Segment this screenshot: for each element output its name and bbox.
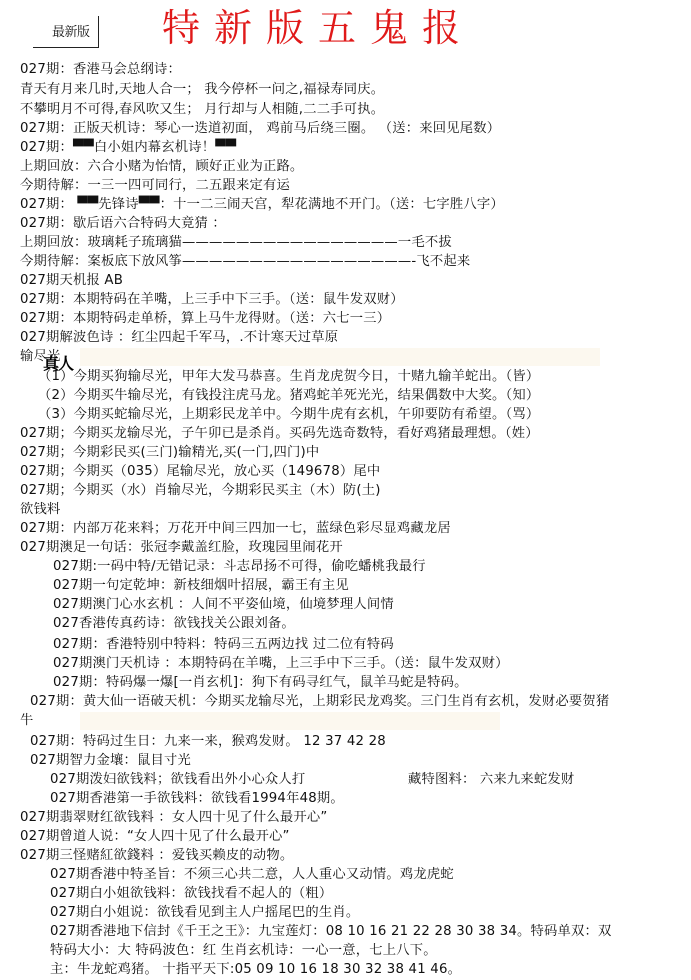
text-line: 青天有月来几时,天地人合一； 我今停杯一问之,福禄寿同庆。 xyxy=(20,81,384,99)
edition-badge: 最新版 xyxy=(52,21,90,40)
text-line: 027期一句定乾坤：新枝细烟叶招展，霸王有主见 xyxy=(53,577,349,595)
text-line: 027香港传真药诗：欲钱找关公跟刘备。 xyxy=(53,615,295,633)
text-line: 027期解波色诗 ：红尘四起千军马，.不计寒天过草原 xyxy=(20,329,338,347)
text-line: 027期： ▀▀先锋诗▀▀：十一二三闹天宫，犁花满地不开门。（送：七字胜八字） xyxy=(20,196,504,214)
overlay-stamp-text: 真人 xyxy=(43,351,73,374)
text-line: 027期:一码中特/无错记录：斗志昂扬不可得，偷吃蟠桃我最行 xyxy=(53,558,426,576)
text-line: 欲钱料 xyxy=(20,501,61,519)
text-line: 027期澳足一句话：张冠李戴盖红脸，玫瑰园里闹花开 xyxy=(20,539,343,557)
text-line: 027期白小姐欲钱料：欲钱找看不起人的（粗） xyxy=(50,885,332,903)
text-line: 027期：香港马会总纲诗： xyxy=(20,61,181,79)
text-line: 主：牛龙蛇鸡猪。 十指平天下:05 09 10 16 18 30 32 38 4… xyxy=(50,961,461,979)
text-line: 藏特图料： 六来九来蛇发财 xyxy=(408,771,574,789)
text-line: （1）今期买狗输尽光，甲年大发马恭喜。生肖龙虎贺今日，十赌九输羊蛇出。（皆） xyxy=(38,368,539,386)
text-line: 027期：特码爆一爆[一肖玄机]：狗下有码寻红气，鼠羊马蛇是特码。 xyxy=(53,674,468,692)
text-line: 牛 xyxy=(20,712,34,730)
text-line: 上期回放：六合小赌为怡情，顾好正业为正路。 xyxy=(20,158,303,176)
text-line: 027期：歇后语六合特码大竟猜 ： xyxy=(20,215,226,233)
text-line: 027期；今期买（035）尾输尽光，放心买（149678）尾中 xyxy=(20,463,380,481)
text-line: 027期：内部万花来料；万花开中间三四加一七，蓝绿色彩尽显鸡藏龙居 xyxy=(20,520,451,538)
text-line: 027期：▀▀白小姐内幕玄机诗！▀▀ xyxy=(20,139,236,157)
text-line: 027期翡翠财红欲钱料 ：女人四十见了什么最开心” xyxy=(20,809,327,827)
text-line: 今期待解：案板底下放风筝—————————————————-飞不起来 xyxy=(20,253,470,271)
text-line: 027期澳门天机诗 ：本期特码在羊嘴，上三手中下三手。（送：鼠牛发双财） xyxy=(53,655,509,673)
text-line: 027期；今期买龙输尽光，子午卯已是杀肖。买码先选奇数特，看好鸡猪最理想。（姓） xyxy=(20,425,539,443)
text-line: 027期：本期特码在羊嘴，上三手中下三手。（送：鼠牛发双财） xyxy=(20,291,404,309)
text-line: 027期澳门心水玄机 ：人间不平姿仙境，仙境梦理人间情 xyxy=(53,596,394,614)
text-line: 上期回放：玻璃耗子琉璃猫————————————————一毛不拔 xyxy=(20,234,452,252)
text-line: 027期：香港特别中特料：特码三五两边找 过二位有特码 xyxy=(53,636,394,654)
text-line: 027期香港中特圣旨：不须三心共二意，人人重心又动情。鸡龙虎蛇 xyxy=(50,866,454,884)
text-line: 027期：正版天机诗：琴心一迭道初面， 鸡前马后绕三圈。 （送：来回见尾数） xyxy=(20,120,500,138)
text-line: 不攀明月不可得,春风吹又生； 月行却与人相随,二二手可执。 xyxy=(20,101,384,119)
text-line: 027期：本期特码走单桥，算上马牛龙得财。（送：六七一三） xyxy=(20,310,390,328)
text-line: 特码大小：大 特码波色：红 生肖玄机诗：一心一意，七上八下。 xyxy=(50,942,437,960)
text-line: 027期；今期买（水）肖输尽光，今期彩民买主（木）防(土) xyxy=(20,482,381,500)
text-line: 027期泼妇欲钱料；欲钱看出外小心众人打 xyxy=(50,771,305,789)
highlight-band xyxy=(80,712,500,730)
text-line: （3）今期买蛇输尽光，上期彩民龙羊中。今期牛虎有玄机，午卯要防有希望。（骂） xyxy=(38,406,539,424)
text-line: 027期白小姐说：欲钱看见到主人户摇尾巴的生肖。 xyxy=(50,904,359,922)
text-line: 027期：黄大仙一语破天机：今期买龙输尽光，上期彩民龙鸡奖。三门生肖有玄机，发财… xyxy=(30,693,609,711)
text-line: 027期香港地下信封《千王之王》：九宝莲灯：08 10 16 21 22 28 … xyxy=(50,923,612,941)
text-line: 027期天机报 AB xyxy=(20,272,123,290)
text-line: 027期：特码过生日：九来一来，猴鸡发财。 12 37 42 28 xyxy=(30,733,386,751)
text-line: 027期三怪赌紅欲錢料 ：爱钱买赖皮的动物。 xyxy=(20,847,293,865)
text-line: 027期香港第一手欲钱料：欲钱看1994年48期。 xyxy=(50,790,344,808)
highlight-band xyxy=(80,348,600,366)
page-title: 特新版五鬼报 xyxy=(162,4,474,52)
text-line: 今期待解：一三一四可同行，二五跟来定有运 xyxy=(20,177,290,195)
text-line: 027期智力金壤：鼠目寸光 xyxy=(30,752,191,770)
text-line: （2）今期买牛输尽光，有钱投注虎马龙。猪鸡蛇羊死光光，结果偶数中大奖。（知） xyxy=(38,387,539,405)
text-line: 027期曾道人说：“女人四十见了什么最开心” xyxy=(20,828,290,846)
text-line: 027期；今期彩民买(三门)输精光,买(一门,四门)中 xyxy=(20,444,319,462)
